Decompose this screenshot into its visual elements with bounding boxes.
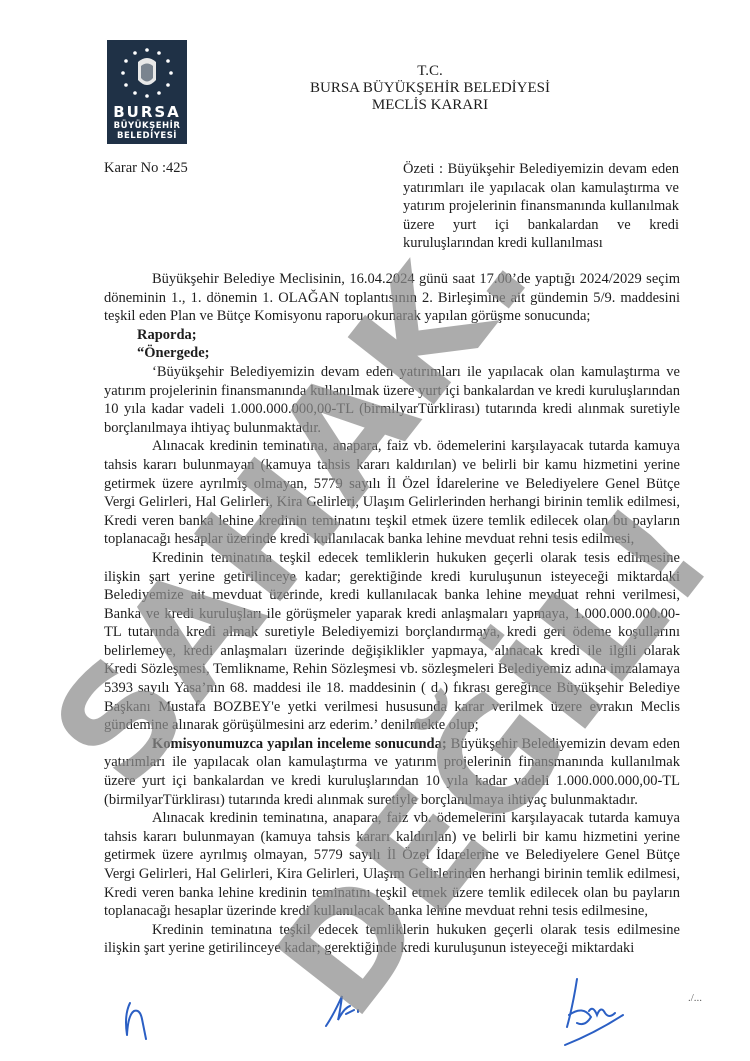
paragraph-6: Kredinin teminatına teşkil edecek temlik…	[104, 921, 680, 958]
header-tc: T.C.	[270, 63, 590, 80]
raporda-heading: Raporda;	[104, 326, 680, 345]
onergede-heading: “Önergede;	[104, 344, 680, 363]
paragraph-4: Komisyonumuzca yapılan inceleme sonucund…	[104, 735, 680, 809]
signature-1-icon	[118, 995, 168, 1045]
paragraph-1: ‘Büyükşehir Belediyemizin devam eden yat…	[104, 363, 680, 437]
document-body: Büyükşehir Belediye Meclisinin, 16.04.20…	[104, 270, 680, 958]
header-institution: BURSA BÜYÜKŞEHİR BELEDİYESİ	[270, 80, 590, 97]
summary: Özeti : Büyükşehir Belediyemizin devam e…	[403, 160, 679, 253]
signature-3-icon	[555, 975, 635, 1055]
paragraph-5: Alınacak kredinin teminatına, anapara, f…	[104, 809, 680, 921]
continuation-mark: ./...	[688, 992, 702, 1004]
emblem-icon	[107, 44, 187, 104]
signature-2-icon	[320, 990, 370, 1030]
document-page: BURSA BÜYÜKŞEHİR BELEDİYESİ T.C. BURSA B…	[0, 0, 750, 1061]
paragraph-2: Alınacak kredinin teminatına, anapara, f…	[104, 437, 680, 549]
document-header: T.C. BURSA BÜYÜKŞEHİR BELEDİYESİ MECLİS …	[270, 63, 590, 114]
intro-paragraph: Büyükşehir Belediye Meclisinin, 16.04.20…	[104, 270, 680, 326]
paragraph-3: Kredinin teminatına teşkil edecek temlik…	[104, 549, 680, 735]
header-title: MECLİS KARARI	[270, 97, 590, 114]
logo-line-3: BELEDİYESİ	[107, 131, 187, 141]
commission-heading: Komisyonumuzca yapılan inceleme sonucund…	[152, 736, 447, 752]
logo-line-1: BURSA	[107, 104, 187, 120]
bursa-logo: BURSA BÜYÜKŞEHİR BELEDİYESİ	[107, 40, 187, 144]
decision-number: Karar No :425	[104, 160, 188, 177]
logo-line-2: BÜYÜKŞEHİR	[107, 121, 187, 131]
